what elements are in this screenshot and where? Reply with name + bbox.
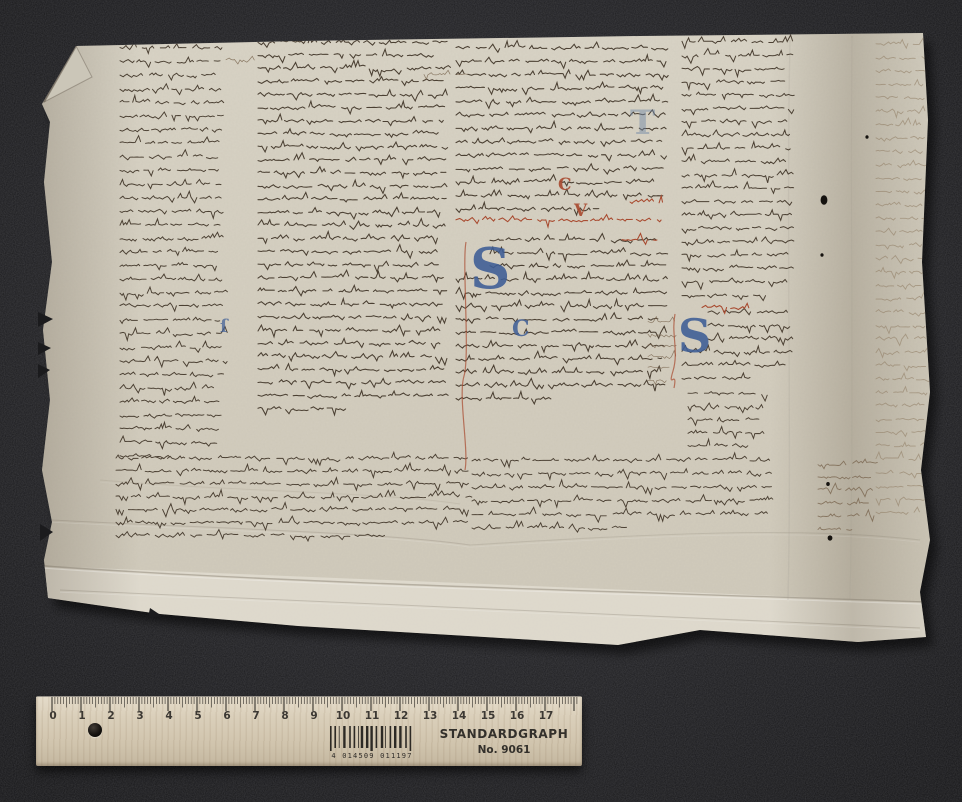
photograph-stage: SCTSſCV 01234567891011121314151617 4 014… [0,0,962,802]
ruler-barcode: 4 014509 011197 [327,726,417,760]
manuscript-scene: SCTSſCV [0,0,962,802]
hole [821,195,828,205]
hole [828,535,833,540]
initial-S-column4: S [678,309,711,363]
ruler-number: 3 [136,710,143,722]
ruler-number: 14 [452,710,467,722]
ruler-number: 10 [336,710,351,722]
ruler-model-label: No. 9061 [430,744,578,756]
ruler-number: 1 [78,710,85,722]
pilcrow-C-column3: C [512,316,530,342]
ruler-number: 2 [107,710,114,722]
ruler-number: 8 [281,710,288,722]
hole [826,482,830,486]
ruler-number: 11 [365,710,380,722]
ruler-hole [88,723,102,737]
ruler-number: 0 [49,710,56,722]
ruler-number: 12 [394,710,409,722]
ruler-number: 6 [223,710,230,722]
red-initial-C-rubric: C [558,175,572,195]
hole [865,135,868,139]
initial-S-column3: S [470,236,510,302]
ruler-number: 17 [539,710,554,722]
ruler-number: 16 [510,710,525,722]
red-initial-V-rubric: V [573,201,588,221]
ruler-brand-block: STANDARDGRAPH No. 9061 [430,727,578,756]
ruler-number: 9 [310,710,317,722]
barcode-bars-icon [327,726,417,751]
blue-parafe-margin: ſ [220,316,229,337]
ruler-brand-label: STANDARDGRAPH [430,727,578,741]
ruler-number: 7 [252,710,259,722]
ruler-number: 15 [481,710,496,722]
ruler: 01234567891011121314151617 4 014509 0111… [36,696,582,766]
ruler-number: 13 [423,710,438,722]
barcode-digits: 4 014509 011197 [327,752,417,760]
ruler-number: 4 [165,710,172,722]
hole [820,253,823,257]
faint-blue-initial-top: T [630,103,655,143]
ruler-number: 5 [194,710,201,722]
